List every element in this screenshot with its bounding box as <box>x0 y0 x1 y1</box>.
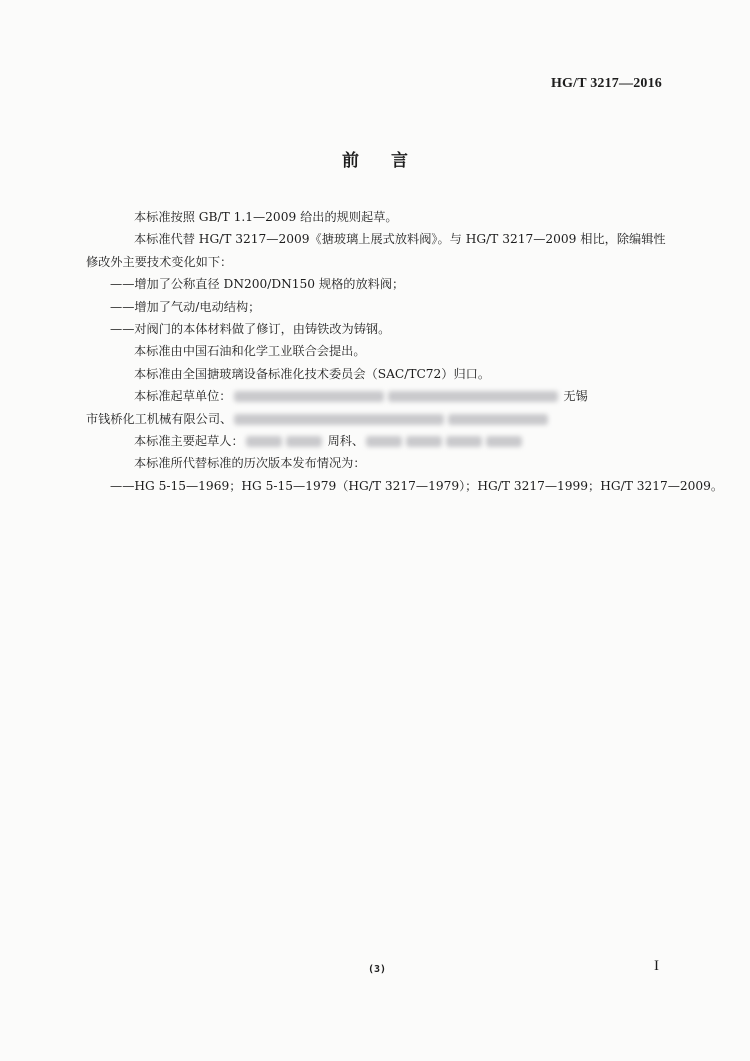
roman-page-number: I <box>654 958 659 975</box>
title-char-2: 言 <box>391 146 408 171</box>
title-char-1: 前 <box>342 146 359 171</box>
redacted-text <box>234 414 444 425</box>
main-drafters-visible: 周科、 <box>328 434 365 448</box>
paragraph-history-intro: 本标准所代替标准的历次版本发布情况为： <box>110 452 650 474</box>
redacted-text <box>486 436 522 447</box>
paragraph-drafting-units: 本标准起草单位： 无锡 <box>110 385 650 407</box>
redacted-text <box>366 436 402 447</box>
paragraph-main-drafters: 本标准主要起草人： 周科、 <box>110 430 650 452</box>
redacted-text <box>406 436 442 447</box>
change-item-2: ——增加了气动/电动结构； <box>110 296 650 318</box>
main-drafters-label: 本标准主要起草人： <box>134 434 244 448</box>
print-page-number: (3) <box>368 964 386 975</box>
drafting-units-label: 本标准起草单位： <box>134 389 232 403</box>
paragraph-replaces: 本标准代替 HG/T 3217—2009《搪玻璃上展式放料阀》。与 HG/T 3… <box>110 228 650 250</box>
standard-code: HG/T 3217—2016 <box>551 76 662 92</box>
foreword-body: 本标准按照 GB/T 1.1—2009 给出的规则起草。 本标准代替 HG/T … <box>110 206 650 497</box>
redacted-text <box>448 414 548 425</box>
drafting-units-company: 市钱桥化工机械有限公司、 <box>86 412 232 426</box>
redacted-text <box>246 436 282 447</box>
history-list: ——HG 5-15—1969；HG 5-15—1979（HG/T 3217—19… <box>110 475 650 497</box>
redacted-text <box>234 391 384 402</box>
redacted-text <box>446 436 482 447</box>
paragraph-proposed-by: 本标准由中国石油和化学工业联合会提出。 <box>110 340 650 362</box>
paragraph-replaces-cont: 修改外主要技术变化如下： <box>86 251 650 273</box>
paragraph-drafting-units-cont: 市钱桥化工机械有限公司、 <box>86 408 650 430</box>
change-item-3: ——对阀门的本体材料做了修订，由铸铁改为铸钢。 <box>110 318 650 340</box>
change-item-1: ——增加了公称直径 DN200/DN150 规格的放料阀； <box>110 273 650 295</box>
paragraph-centralized-by: 本标准由全国搪玻璃设备标准化技术委员会（SAC/TC72）归口。 <box>110 363 650 385</box>
drafting-units-visible: 无锡 <box>563 389 587 403</box>
redacted-text <box>286 436 322 447</box>
page-title: 前言 <box>0 146 750 171</box>
paragraph-drafting-rules: 本标准按照 GB/T 1.1—2009 给出的规则起草。 <box>110 206 650 228</box>
redacted-text <box>388 391 558 402</box>
